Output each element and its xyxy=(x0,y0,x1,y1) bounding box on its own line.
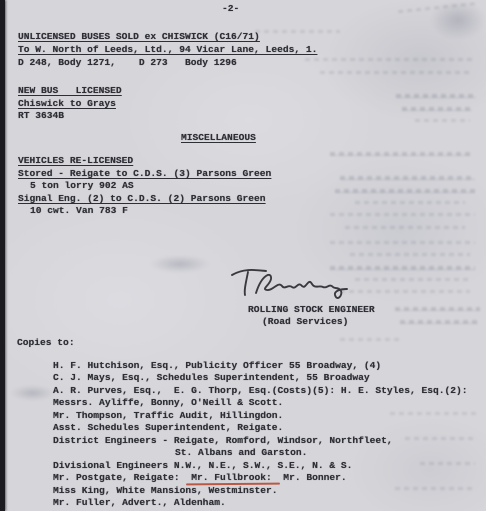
copies-recipient: H. F. Hutchison, Esq., Publicity Officer… xyxy=(53,360,381,371)
ghost-text-artifact xyxy=(335,189,475,193)
ghost-text-artifact xyxy=(396,94,476,98)
unlicensed-buyer-line: To W. North of Leeds, Ltd., 94 Vicar Lan… xyxy=(18,44,317,55)
ghost-text-artifact xyxy=(330,213,475,216)
unlicensed-fleet-line: D 248, Body 1271, D 273 Body 1296 xyxy=(18,57,237,68)
ghost-text-artifact xyxy=(398,2,478,13)
relicensed-entry2-detail: 10 cwt. Van 783 F xyxy=(30,205,128,216)
page-number: -2- xyxy=(222,3,239,14)
signature-role: ROLLING STOCK ENGINEER xyxy=(248,304,375,315)
fullbrook-highlighted: Mr. Fullbrook: xyxy=(191,472,272,483)
copies-recipient: Messrs. Ayliffe, Bonny, O'Neill & Scott. xyxy=(53,397,283,408)
ghost-text-artifact xyxy=(350,253,470,256)
corner-smudge-artifact xyxy=(430,0,486,40)
copies-to-label: Copies to: xyxy=(17,337,75,348)
ghost-text-artifact xyxy=(340,176,475,180)
ghost-text-artifact xyxy=(402,107,472,111)
ghost-text-artifact xyxy=(255,30,340,33)
ghost-text-artifact xyxy=(340,338,400,341)
ghost-text-artifact xyxy=(330,241,475,244)
signature-department: (Road Services) xyxy=(262,316,348,327)
copies-recipient-continuation: St. Albans and Garston. xyxy=(175,447,307,458)
ghost-text-artifact xyxy=(390,412,478,415)
ghost-text-artifact xyxy=(400,320,478,324)
copies-recipient: Mr. Thompson, Traffic Audit, Hillingdon. xyxy=(53,410,283,421)
relicensed-entry2-heading: Signal Eng. (2) to C.D.S. (2) Parsons Gr… xyxy=(18,193,266,204)
ghost-text-artifact xyxy=(415,119,470,122)
scanned-memo-page: -2- UNLICENSED BUSES SOLD ex CHISWICK (C… xyxy=(0,0,486,511)
section-heading-unlicensed-buses: UNLICENSED BUSES SOLD ex CHISWICK (C16/7… xyxy=(18,31,260,42)
ghost-text-artifact xyxy=(405,437,475,440)
relicensed-entry1-detail: 5 ton lorry 902 AS xyxy=(30,180,134,191)
copies-recipient: Miss King, White Mansions, Westminster. xyxy=(53,485,278,496)
scan-edge-artifact xyxy=(0,0,5,511)
copies-recipient: Asst. Schedules Superintendent, Reigate. xyxy=(53,422,283,433)
ghost-text-artifact xyxy=(420,462,475,465)
relicensed-entry1-heading: Stored - Reigate to C.D.S. (3) Parsons G… xyxy=(18,168,271,179)
bonner-suffix: Mr. Bonner. xyxy=(272,472,347,483)
ghost-text-artifact xyxy=(320,71,470,74)
copies-recipient: Divisional Engineers N.W., N.E., S.W., S… xyxy=(53,460,352,471)
ghost-text-artifact xyxy=(355,201,465,204)
ghost-text-artifact xyxy=(355,278,470,281)
copies-recipient: A. R. Purves, Esq., E. G. Thorp, Esq.(Co… xyxy=(53,385,468,396)
ghost-text-artifact xyxy=(330,152,470,156)
postgate-prefix: Mr. Postgate, Reigate: xyxy=(53,472,191,483)
new-bus-vehicle-line: RT 3634B xyxy=(18,110,64,121)
section-heading-vehicles-relicensed: VEHICLES RE-LICENSED xyxy=(18,155,133,166)
copies-recipient: C. J. Mays, Esq., Schedules Superintende… xyxy=(53,372,370,383)
signature-scrawl-icon xyxy=(226,260,358,306)
ghost-text-artifact xyxy=(395,307,480,311)
copies-recipient: Mr. Fuller, Advert., Aldenham. xyxy=(53,497,226,508)
smudge-artifact xyxy=(150,255,210,273)
section-heading-miscellaneous: MISCELLANEOUS xyxy=(181,132,256,143)
copies-recipient: District Engineers - Reigate, Romford, W… xyxy=(53,435,393,446)
ghost-text-artifact xyxy=(305,58,475,61)
smudge-artifact xyxy=(10,385,55,401)
ghost-text-artifact xyxy=(345,226,465,229)
section-heading-new-bus-licensed: NEW BUS LICENSED xyxy=(18,85,122,96)
ghost-text-artifact xyxy=(340,290,470,293)
copies-recipient-postgate: Mr. Postgate, Reigate: Mr. Fullbrook: Mr… xyxy=(53,472,347,483)
new-bus-route-line: Chiswick to Grays xyxy=(18,98,116,109)
ghost-text-artifact xyxy=(395,487,475,490)
